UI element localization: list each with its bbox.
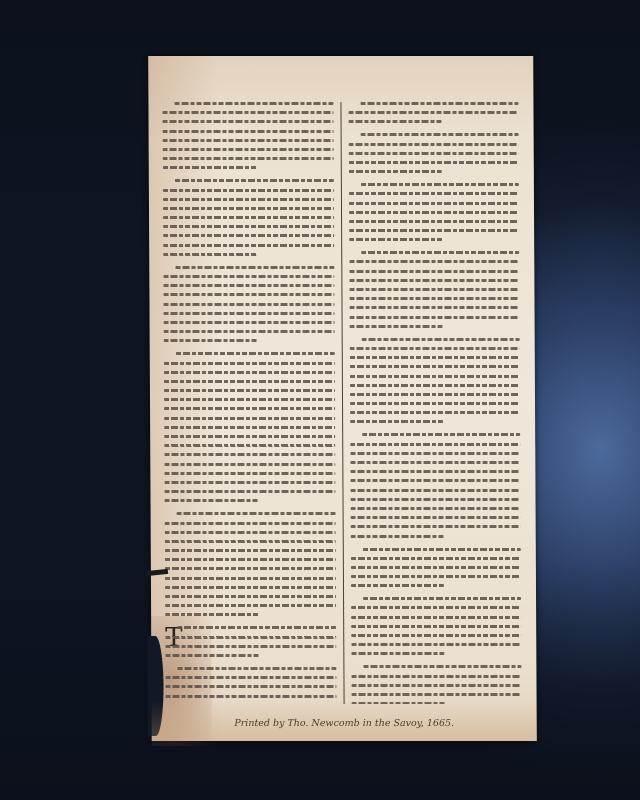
text-line bbox=[166, 685, 337, 688]
text-line bbox=[349, 356, 520, 359]
text-line bbox=[349, 288, 520, 291]
text-line bbox=[165, 654, 259, 657]
text-line bbox=[351, 684, 522, 687]
text-line bbox=[164, 490, 335, 493]
text-line bbox=[349, 347, 520, 350]
text-line bbox=[165, 567, 336, 570]
text-line bbox=[164, 380, 335, 383]
text-line bbox=[165, 676, 336, 679]
text-line bbox=[165, 577, 336, 580]
text-line bbox=[164, 426, 335, 429]
text-line bbox=[349, 297, 520, 300]
text-line bbox=[349, 270, 520, 273]
text-line bbox=[351, 616, 522, 619]
text-line bbox=[350, 479, 521, 482]
text-line bbox=[350, 452, 521, 455]
text-line bbox=[360, 183, 519, 186]
text-line bbox=[176, 352, 335, 355]
text-line bbox=[350, 525, 521, 528]
text-line bbox=[348, 111, 519, 114]
text-line bbox=[351, 693, 522, 696]
text-line bbox=[163, 130, 334, 133]
text-line bbox=[165, 531, 336, 534]
text-line bbox=[164, 371, 335, 374]
text-line bbox=[350, 507, 521, 510]
printer-imprint: Printed by Tho. Newcomb in the Savoy, 16… bbox=[152, 718, 537, 729]
text-line bbox=[165, 586, 336, 589]
text-line bbox=[163, 189, 334, 192]
text-line bbox=[163, 166, 257, 169]
text-line bbox=[162, 111, 333, 114]
text-columns: T bbox=[156, 102, 527, 704]
text-line bbox=[349, 316, 520, 319]
text-line bbox=[163, 225, 334, 228]
text-line bbox=[163, 275, 334, 278]
text-line bbox=[166, 695, 337, 698]
text-line bbox=[165, 558, 336, 561]
text-line bbox=[361, 251, 520, 254]
text-line bbox=[349, 279, 520, 282]
text-line bbox=[164, 444, 335, 447]
text-line bbox=[348, 120, 442, 123]
text-line bbox=[351, 606, 522, 609]
text-line bbox=[165, 604, 336, 607]
text-line bbox=[348, 202, 519, 205]
text-line bbox=[164, 398, 335, 401]
text-line bbox=[165, 595, 336, 598]
text-line bbox=[350, 461, 521, 464]
text-line bbox=[175, 179, 334, 182]
text-line bbox=[349, 365, 520, 368]
text-line bbox=[350, 557, 521, 560]
text-line bbox=[164, 481, 335, 484]
text-line bbox=[363, 597, 522, 600]
text-line bbox=[351, 634, 522, 637]
text-line bbox=[348, 143, 519, 146]
text-line bbox=[351, 652, 445, 655]
text-line bbox=[164, 417, 335, 420]
text-line bbox=[362, 548, 521, 551]
text-line bbox=[350, 470, 521, 473]
text-line bbox=[163, 293, 334, 296]
text-line bbox=[165, 499, 259, 502]
text-line bbox=[349, 238, 443, 241]
text-line bbox=[174, 102, 333, 105]
text-line bbox=[350, 420, 444, 423]
text-line bbox=[164, 321, 335, 324]
text-line bbox=[165, 645, 336, 648]
text-line bbox=[163, 244, 334, 247]
text-line bbox=[349, 384, 520, 387]
text-line bbox=[349, 211, 520, 214]
text-line bbox=[350, 498, 521, 501]
text-line bbox=[165, 613, 259, 616]
text-line bbox=[163, 157, 334, 160]
text-line bbox=[349, 325, 443, 328]
text-line bbox=[361, 338, 520, 341]
text-line bbox=[177, 626, 336, 629]
text-line bbox=[349, 229, 520, 232]
text-line bbox=[350, 575, 521, 578]
text-line bbox=[163, 207, 334, 210]
text-line bbox=[164, 407, 335, 410]
text-line bbox=[163, 139, 334, 142]
text-line bbox=[163, 253, 257, 256]
text-line bbox=[163, 284, 334, 287]
text-line bbox=[363, 665, 522, 668]
text-line bbox=[177, 512, 336, 515]
text-line bbox=[163, 303, 334, 306]
text-line bbox=[350, 566, 521, 569]
text-line bbox=[163, 120, 334, 123]
text-line bbox=[349, 260, 520, 263]
text-line bbox=[165, 549, 336, 552]
text-line bbox=[164, 389, 335, 392]
text-line bbox=[163, 198, 334, 201]
text-line bbox=[351, 675, 522, 678]
text-line bbox=[348, 152, 519, 155]
text-line bbox=[350, 535, 444, 538]
text-line bbox=[350, 443, 521, 446]
text-line bbox=[164, 453, 335, 456]
text-line bbox=[165, 636, 336, 639]
text-line bbox=[360, 133, 519, 136]
text-line bbox=[351, 625, 522, 628]
newspaper-page: T Printed by Tho. Newcomb in the Savoy, … bbox=[148, 56, 537, 741]
text-line bbox=[164, 362, 335, 365]
text-line bbox=[351, 702, 445, 704]
text-line bbox=[350, 516, 521, 519]
text-line bbox=[165, 540, 336, 543]
text-line bbox=[164, 472, 335, 475]
text-line bbox=[349, 393, 520, 396]
text-line bbox=[360, 102, 519, 105]
text-line bbox=[350, 411, 521, 414]
text-line bbox=[175, 266, 334, 269]
text-line bbox=[164, 330, 335, 333]
text-line bbox=[163, 216, 334, 219]
text-line bbox=[164, 339, 258, 342]
left-column: T bbox=[156, 102, 342, 704]
text-line bbox=[163, 234, 334, 237]
text-line bbox=[348, 161, 519, 164]
text-line bbox=[348, 170, 442, 173]
text-line bbox=[349, 220, 520, 223]
text-line bbox=[350, 402, 521, 405]
text-line bbox=[177, 667, 336, 670]
text-line bbox=[348, 192, 519, 195]
text-line bbox=[163, 148, 334, 151]
text-line bbox=[350, 489, 521, 492]
right-column bbox=[342, 102, 528, 704]
text-line bbox=[351, 643, 522, 646]
text-line bbox=[349, 306, 520, 309]
text-line bbox=[349, 375, 520, 378]
text-line bbox=[362, 433, 521, 436]
text-line bbox=[350, 584, 444, 587]
text-line bbox=[164, 435, 335, 438]
text-line bbox=[164, 312, 335, 315]
text-line bbox=[165, 522, 336, 525]
text-line bbox=[164, 463, 335, 466]
